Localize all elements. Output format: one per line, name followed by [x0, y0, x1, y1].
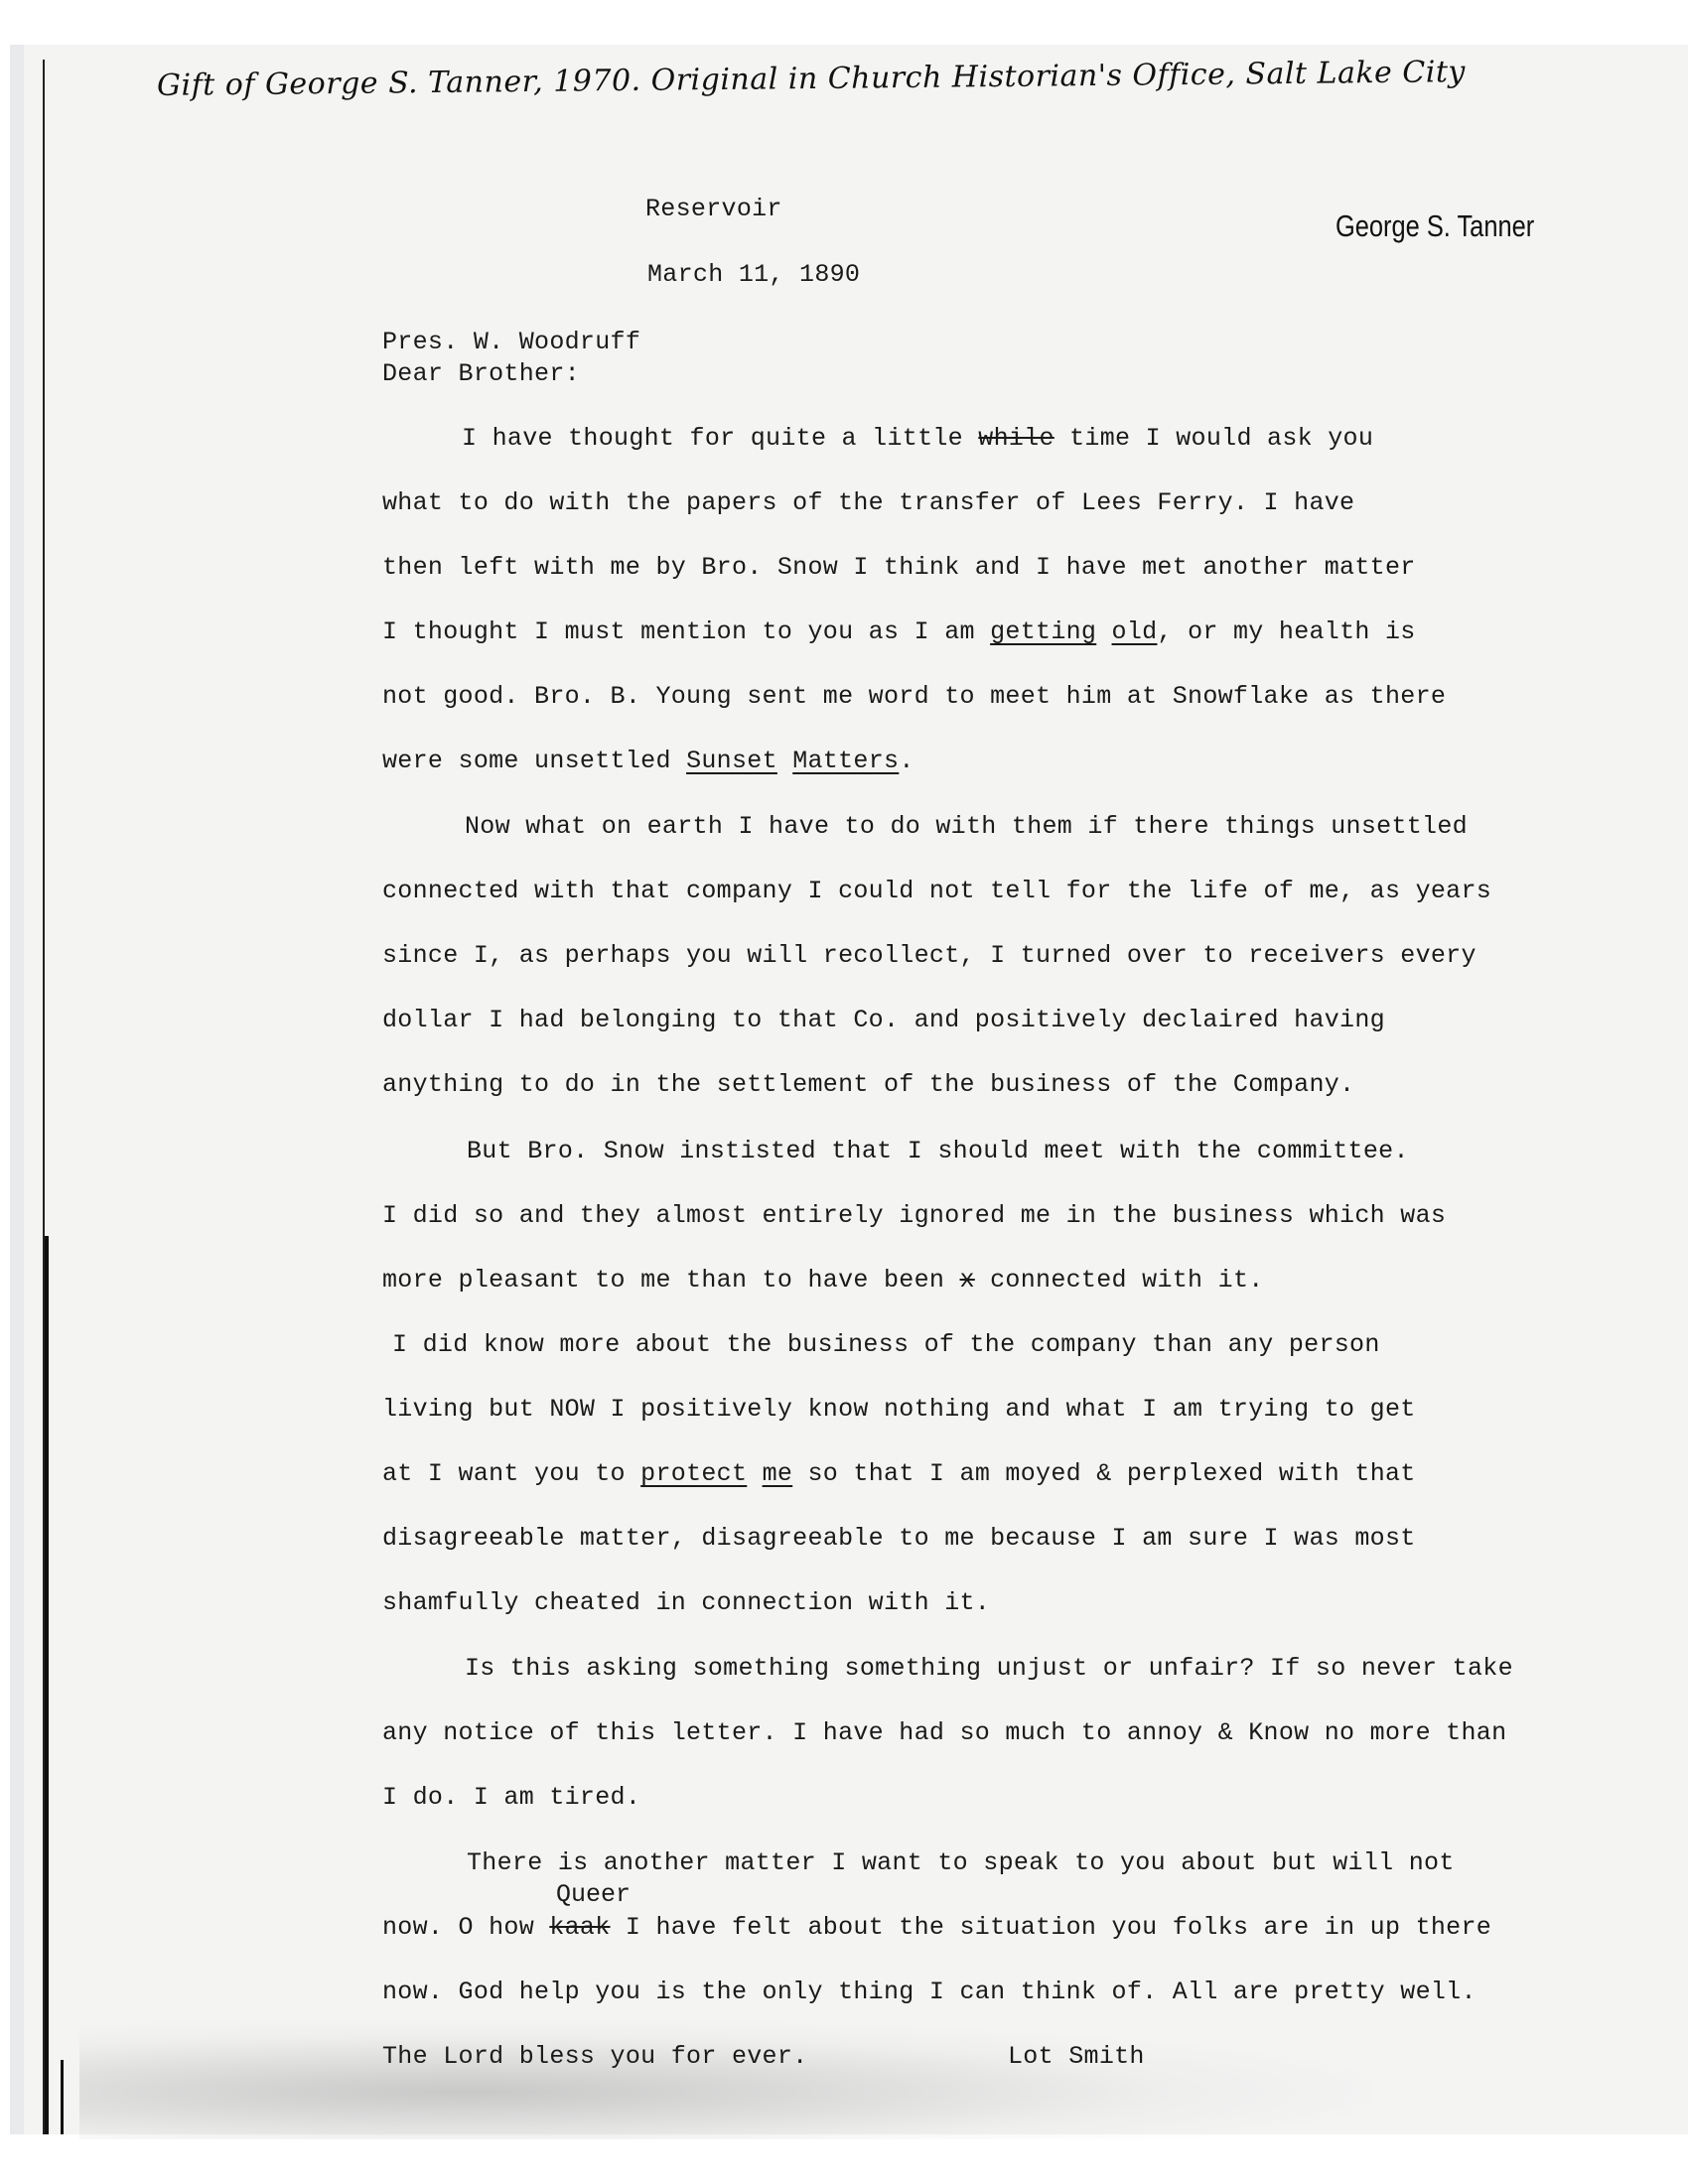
letter-signature: Lot Smith — [1008, 2042, 1145, 2071]
letter-line: connected with that company I could not … — [382, 877, 1491, 905]
letter-line: any notice of this letter. I have had so… — [382, 1718, 1506, 1747]
underlined-word: Sunset — [686, 747, 777, 775]
struck-character: x — [960, 1266, 975, 1295]
letter-line: Now what on earth I have to do with them… — [465, 812, 1468, 841]
struck-word: while — [978, 424, 1055, 453]
letter-line: anything to do in the settlement of the … — [382, 1070, 1354, 1099]
collection-stamp: George S. Tanner — [1336, 208, 1534, 244]
letter-line: Is this asking something something unjus… — [465, 1654, 1513, 1683]
letter-line: I have thought for quite a little while … — [462, 424, 1373, 453]
letter-line: not good. Bro. B. Young sent me word to … — [382, 682, 1446, 711]
letter-line: what to do with the papers of the transf… — [382, 488, 1354, 517]
letter-closing: The Lord bless you for ever. — [382, 2042, 807, 2071]
binding-line-thick — [45, 1236, 49, 2134]
struck-word: kaak — [549, 1913, 610, 1942]
letter-line: I did know more about the business of th… — [392, 1330, 1380, 1359]
letter-line: I thought I must mention to you as I am … — [382, 617, 1416, 646]
letter-line: now. God help you is the only thing I ca… — [382, 1978, 1477, 2006]
letter-line: shamfully cheated in connection with it. — [382, 1588, 990, 1617]
letter-line: There is another matter I want to speak … — [467, 1848, 1455, 1877]
letter-date: March 11, 1890 — [647, 260, 860, 289]
letter-line: then left with me by Bro. Snow I think a… — [382, 553, 1416, 582]
underlined-word: me — [763, 1459, 793, 1488]
page-edge-shadow — [10, 45, 24, 2134]
handwritten-insertion: Queer — [556, 1880, 631, 1909]
scan-smudge — [79, 2020, 1370, 2139]
letter-line: now. O how kaak I have felt about the si… — [382, 1913, 1491, 1942]
underlined-word: old — [1112, 617, 1158, 646]
letter-line: were some unsettled Sunset Matters. — [382, 747, 914, 775]
underlined-word: getting — [990, 617, 1096, 646]
letter-line: dollar I had belonging to that Co. and p… — [382, 1006, 1385, 1034]
letter-line: I did so and they almost entirely ignore… — [382, 1201, 1446, 1230]
letter-line: disagreeable matter, disagreeable to me … — [382, 1524, 1416, 1553]
underlined-word: protect — [640, 1459, 747, 1488]
letter-place: Reservoir — [645, 195, 782, 223]
letter-line: more pleasant to me than to have been x … — [382, 1266, 1264, 1295]
letter-line: But Bro. Snow instisted that I should me… — [467, 1137, 1409, 1165]
letter-line: living but NOW I positively know nothing… — [382, 1395, 1416, 1424]
binding-line-thick-secondary — [61, 2060, 64, 2134]
letter-line: I do. I am tired. — [382, 1783, 640, 1812]
letter-salutation: Dear Brother: — [382, 359, 580, 388]
underlined-word: Matters — [792, 747, 899, 775]
letter-line: since I, as perhaps you will recollect, … — [382, 941, 1477, 970]
letter-addressee: Pres. W. Woodruff — [382, 328, 640, 356]
letter-line: at I want you to protect me so that I am… — [382, 1459, 1416, 1488]
